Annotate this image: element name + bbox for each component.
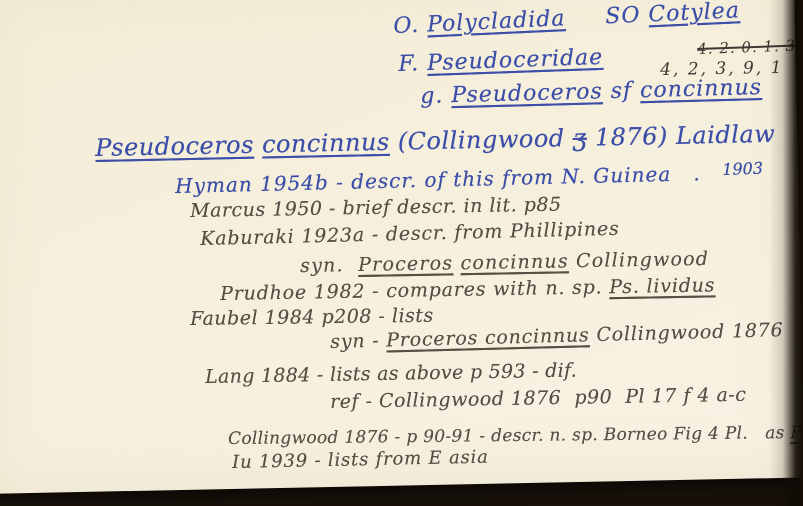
line-code-old: 4. 2. 0. 1. 3 [697, 39, 796, 57]
handwritten-text-segment [565, 4, 606, 31]
photo-background: O. Polycladida SO Cotylea 4. 2. 0. 1. 3 … [0, 0, 803, 506]
handwritten-text-segment: 1903 [722, 159, 763, 179]
handwritten-text-segment: g. [420, 83, 452, 109]
handwritten-text-segment: F. [398, 51, 428, 77]
handwritten-text-segment: Proceros [358, 252, 453, 276]
handwritten-text-segment: concinnus [262, 128, 390, 159]
species-title-year: 1903 [722, 161, 763, 178]
handwritten-text-segment: syn - [330, 330, 387, 353]
handwritten-text-segment: (Collingwood [389, 124, 573, 156]
entry-faubel: Faubel 1984 p208 - lists [190, 307, 434, 329]
handwritten-text-segment: 4. 2. 0. 1. 3 [697, 37, 796, 58]
handwritten-text-segment: Pseudoceros [451, 79, 603, 108]
handwritten-text-segment: Ps. lividus [609, 274, 715, 298]
handwritten-text-segment: syn. [300, 254, 358, 277]
handwritten-text-segment: Collingwood [569, 248, 710, 272]
handwritten-text-segment: 1876) Laidlaw [586, 120, 775, 152]
handwritten-text-segment: Cotylea [648, 0, 741, 27]
handwritten-text-segment: Faubel 1984 p208 - lists [190, 305, 434, 330]
handwritten-text-segment: Proceros [790, 422, 803, 443]
handwritten-text-segment: ʒ [572, 124, 587, 152]
handwritten-text-segment: Pseudoceros [95, 131, 254, 162]
handwritten-text-segment: O. [393, 12, 428, 39]
handwritten-text-segment: concinnus [460, 250, 569, 274]
handwritten-text-segment: SO [605, 2, 649, 29]
handwritten-text-segment: sf [602, 78, 640, 104]
handwritten-text-segment: concinnus [640, 75, 763, 103]
